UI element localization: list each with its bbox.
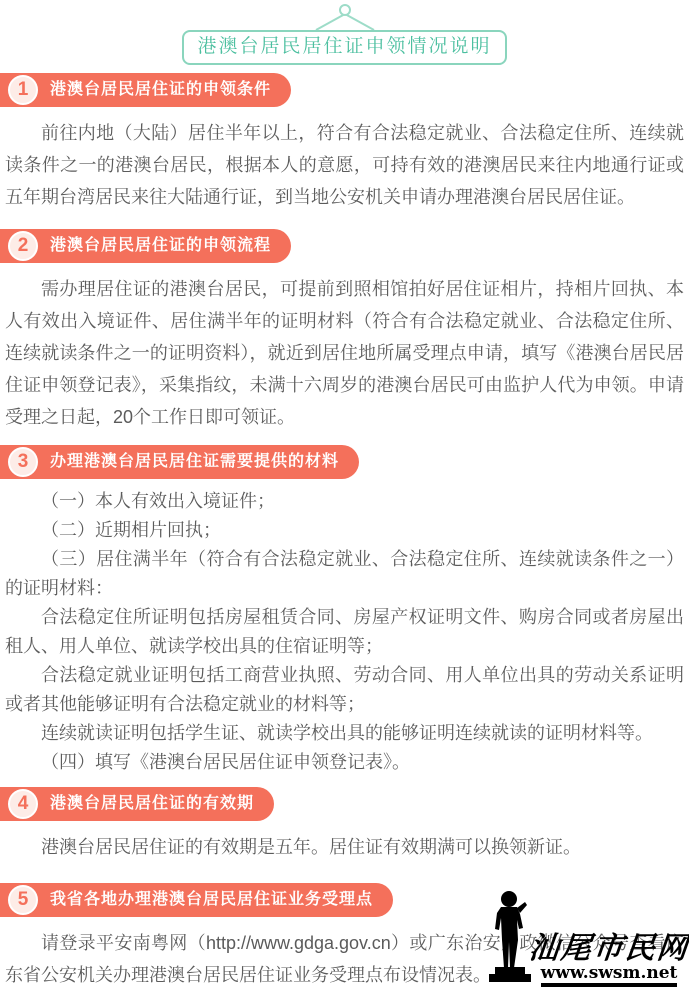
section-5-number-badge: 5 <box>8 885 38 915</box>
hanger-icon <box>300 4 390 30</box>
statue-silhouette-icon <box>483 890 535 987</box>
section-2-number-badge: 2 <box>8 231 38 261</box>
section-3-header: 3 办理港澳台居民居住证需要提供的材料 <box>0 445 359 479</box>
section-4-title: 港澳台居民居住证的有效期 <box>50 795 254 812</box>
material-item-2: （二）近期相片回执； <box>0 516 689 545</box>
material-item-4: （四）填写《港澳台居民居住证申领登记表》。 <box>0 748 689 777</box>
notice-page: 港澳台居民居住证申领情况说明 1 港澳台居民居住证的申领条件 前往内地（大陆）居… <box>0 0 689 989</box>
section-2-paragraph: 需办理居住证的港澳台居民，可提前到照相馆拍好居住证相片，持相片回执、本人有效出入… <box>0 273 689 433</box>
section-1-title: 港澳台居民居住证的申领条件 <box>50 81 271 98</box>
site-watermark: 汕尾市民网 www.swsm.net <box>483 890 689 987</box>
material-item-3-residence-note: 合法稳定住所证明包括房屋租赁合同、房屋产权证明文件、购房合同或者房屋出租人、用人… <box>0 603 689 661</box>
page-title: 港澳台居民居住证申领情况说明 <box>182 30 506 65</box>
watermark-text: 汕尾市民网 www.swsm.net <box>529 934 689 987</box>
section-1-paragraph: 前往内地（大陆）居住半年以上，符合有合法稳定就业、合法稳定住所、连续就读条件之一… <box>0 117 689 213</box>
section-4-number-badge: 4 <box>8 789 38 819</box>
section-application-conditions: 1 港澳台居民居住证的申领条件 前往内地（大陆）居住半年以上，符合有合法稳定就业… <box>0 73 689 213</box>
watermark-site-name: 汕尾市民网 <box>527 934 689 964</box>
section-1-header: 1 港澳台居民居住证的申领条件 <box>0 73 291 107</box>
section-4-paragraph: 港澳台居民居住证的有效期是五年。居住证有效期满可以换领新证。 <box>0 831 689 863</box>
material-item-1: （一）本人有效出入境证件； <box>0 487 689 516</box>
material-item-3: （三）居住满半年（符合有合法稳定就业、合法稳定住所、连续就读条件之一）的证明材料… <box>0 545 689 603</box>
section-5-header: 5 我省各地办理港澳台居民居住证业务受理点 <box>0 883 393 917</box>
material-item-3-employment-note: 合法稳定就业证明包括工商营业执照、劳动合同、用人单位出具的劳动关系证明或者其他能… <box>0 661 689 719</box>
hanger-decoration <box>0 4 689 30</box>
section-4-header: 4 港澳台居民居住证的有效期 <box>0 787 274 821</box>
section-required-materials: 3 办理港澳台居民居住证需要提供的材料 （一）本人有效出入境证件； （二）近期相… <box>0 445 689 777</box>
section-3-list: （一）本人有效出入境证件； （二）近期相片回执； （三）居住满半年（符合有合法稳… <box>0 487 689 777</box>
section-application-process: 2 港澳台居民居住证的申领流程 需办理居住证的港澳台居民，可提前到照相馆拍好居住… <box>0 229 689 433</box>
section-3-number-badge: 3 <box>8 447 38 477</box>
section-3-title: 办理港澳台居民居住证需要提供的材料 <box>50 453 339 470</box>
section-5-title: 我省各地办理港澳台居民居住证业务受理点 <box>50 891 373 908</box>
section-validity-period: 4 港澳台居民居住证的有效期 港澳台居民居住证的有效期是五年。居住证有效期满可以… <box>0 787 689 863</box>
watermark-site-url: www.swsm.net <box>541 964 678 987</box>
section-2-header: 2 港澳台居民居住证的申领流程 <box>0 229 291 263</box>
material-item-3-study-note: 连续就读证明包括学生证、就读学校出具的能够证明连续就读的证明材料等。 <box>0 719 689 748</box>
section-1-number-badge: 1 <box>8 75 38 105</box>
section-2-title: 港澳台居民居住证的申领流程 <box>50 237 271 254</box>
